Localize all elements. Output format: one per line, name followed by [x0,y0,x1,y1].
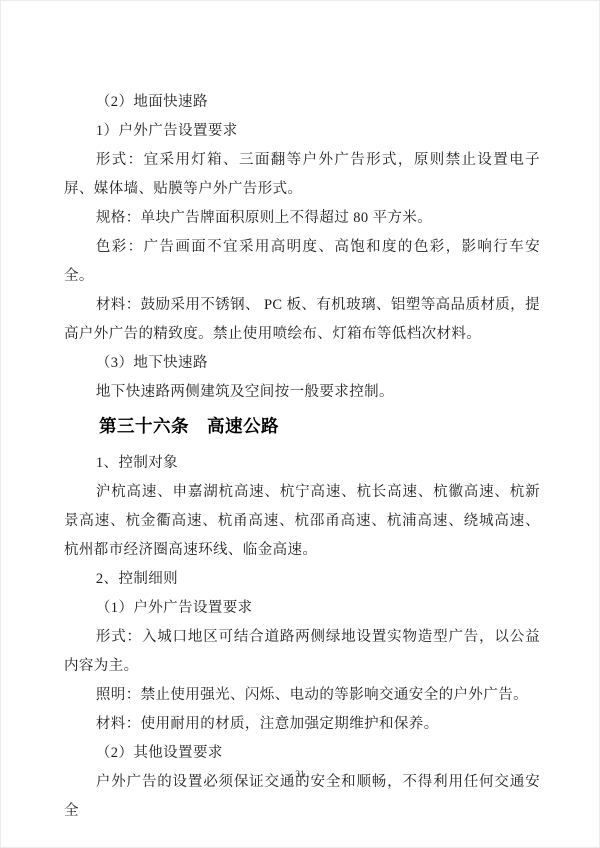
paragraph-subitem: （2）其他设置要求 [64,739,540,768]
paragraph: 材料：鼓励采用不锈钢、 PC 板、有机玻璃、铝塑等高品质材质，提高户外广告的精致… [64,291,540,349]
paragraph: 材料：使用耐用的材质，注意加强定期维护和保养。 [64,710,540,739]
paragraph: 色彩：广告画面不宜采用高明度、高饱和度的色彩，影响行车安全。 [64,233,540,291]
paragraph: 形式：入城口地区可结合道路两侧绿地设置实物造型广告，以公益内容为主。 [64,623,540,681]
section-heading: 第三十六条 高速公路 [64,413,540,440]
paragraph-subitem: （3）地下快速路 [64,349,540,378]
paragraph: 地下快速路两侧建筑及空间按一般要求控制。 [64,378,540,407]
page-number: 31 [1,770,599,780]
paragraph-subitem: （1）户外广告设置要求 [64,594,540,623]
document-page: （2）地面快速路 1）户外广告设置要求 形式：宜采用灯箱、三面翻等户外广告形式，… [0,0,600,848]
paragraph-subitem: 1、控制对象 [64,449,540,478]
paragraph-subitem: 2、控制细则 [64,565,540,594]
paragraph: 照明：禁止使用强光、闪烁、电动的等影响交通安全的户外广告。 [64,681,540,710]
paragraph: 规格：单块广告牌面积原则上不得超过 80 平方米。 [64,204,540,233]
document-body: （2）地面快速路 1）户外广告设置要求 形式：宜采用灯箱、三面翻等户外广告形式，… [64,88,540,826]
paragraph: 沪杭高速、申嘉湖杭高速、杭宁高速、杭长高速、杭徽高速、杭新景高速、杭金衢高速、杭… [64,478,540,565]
paragraph: 形式：宜采用灯箱、三面翻等户外广告形式，原则禁止设置电子屏、媒体墙、贴膜等户外广… [64,146,540,204]
paragraph-subitem: 1）户外广告设置要求 [64,117,540,146]
paragraph-subitem: （2）地面快速路 [64,88,540,117]
